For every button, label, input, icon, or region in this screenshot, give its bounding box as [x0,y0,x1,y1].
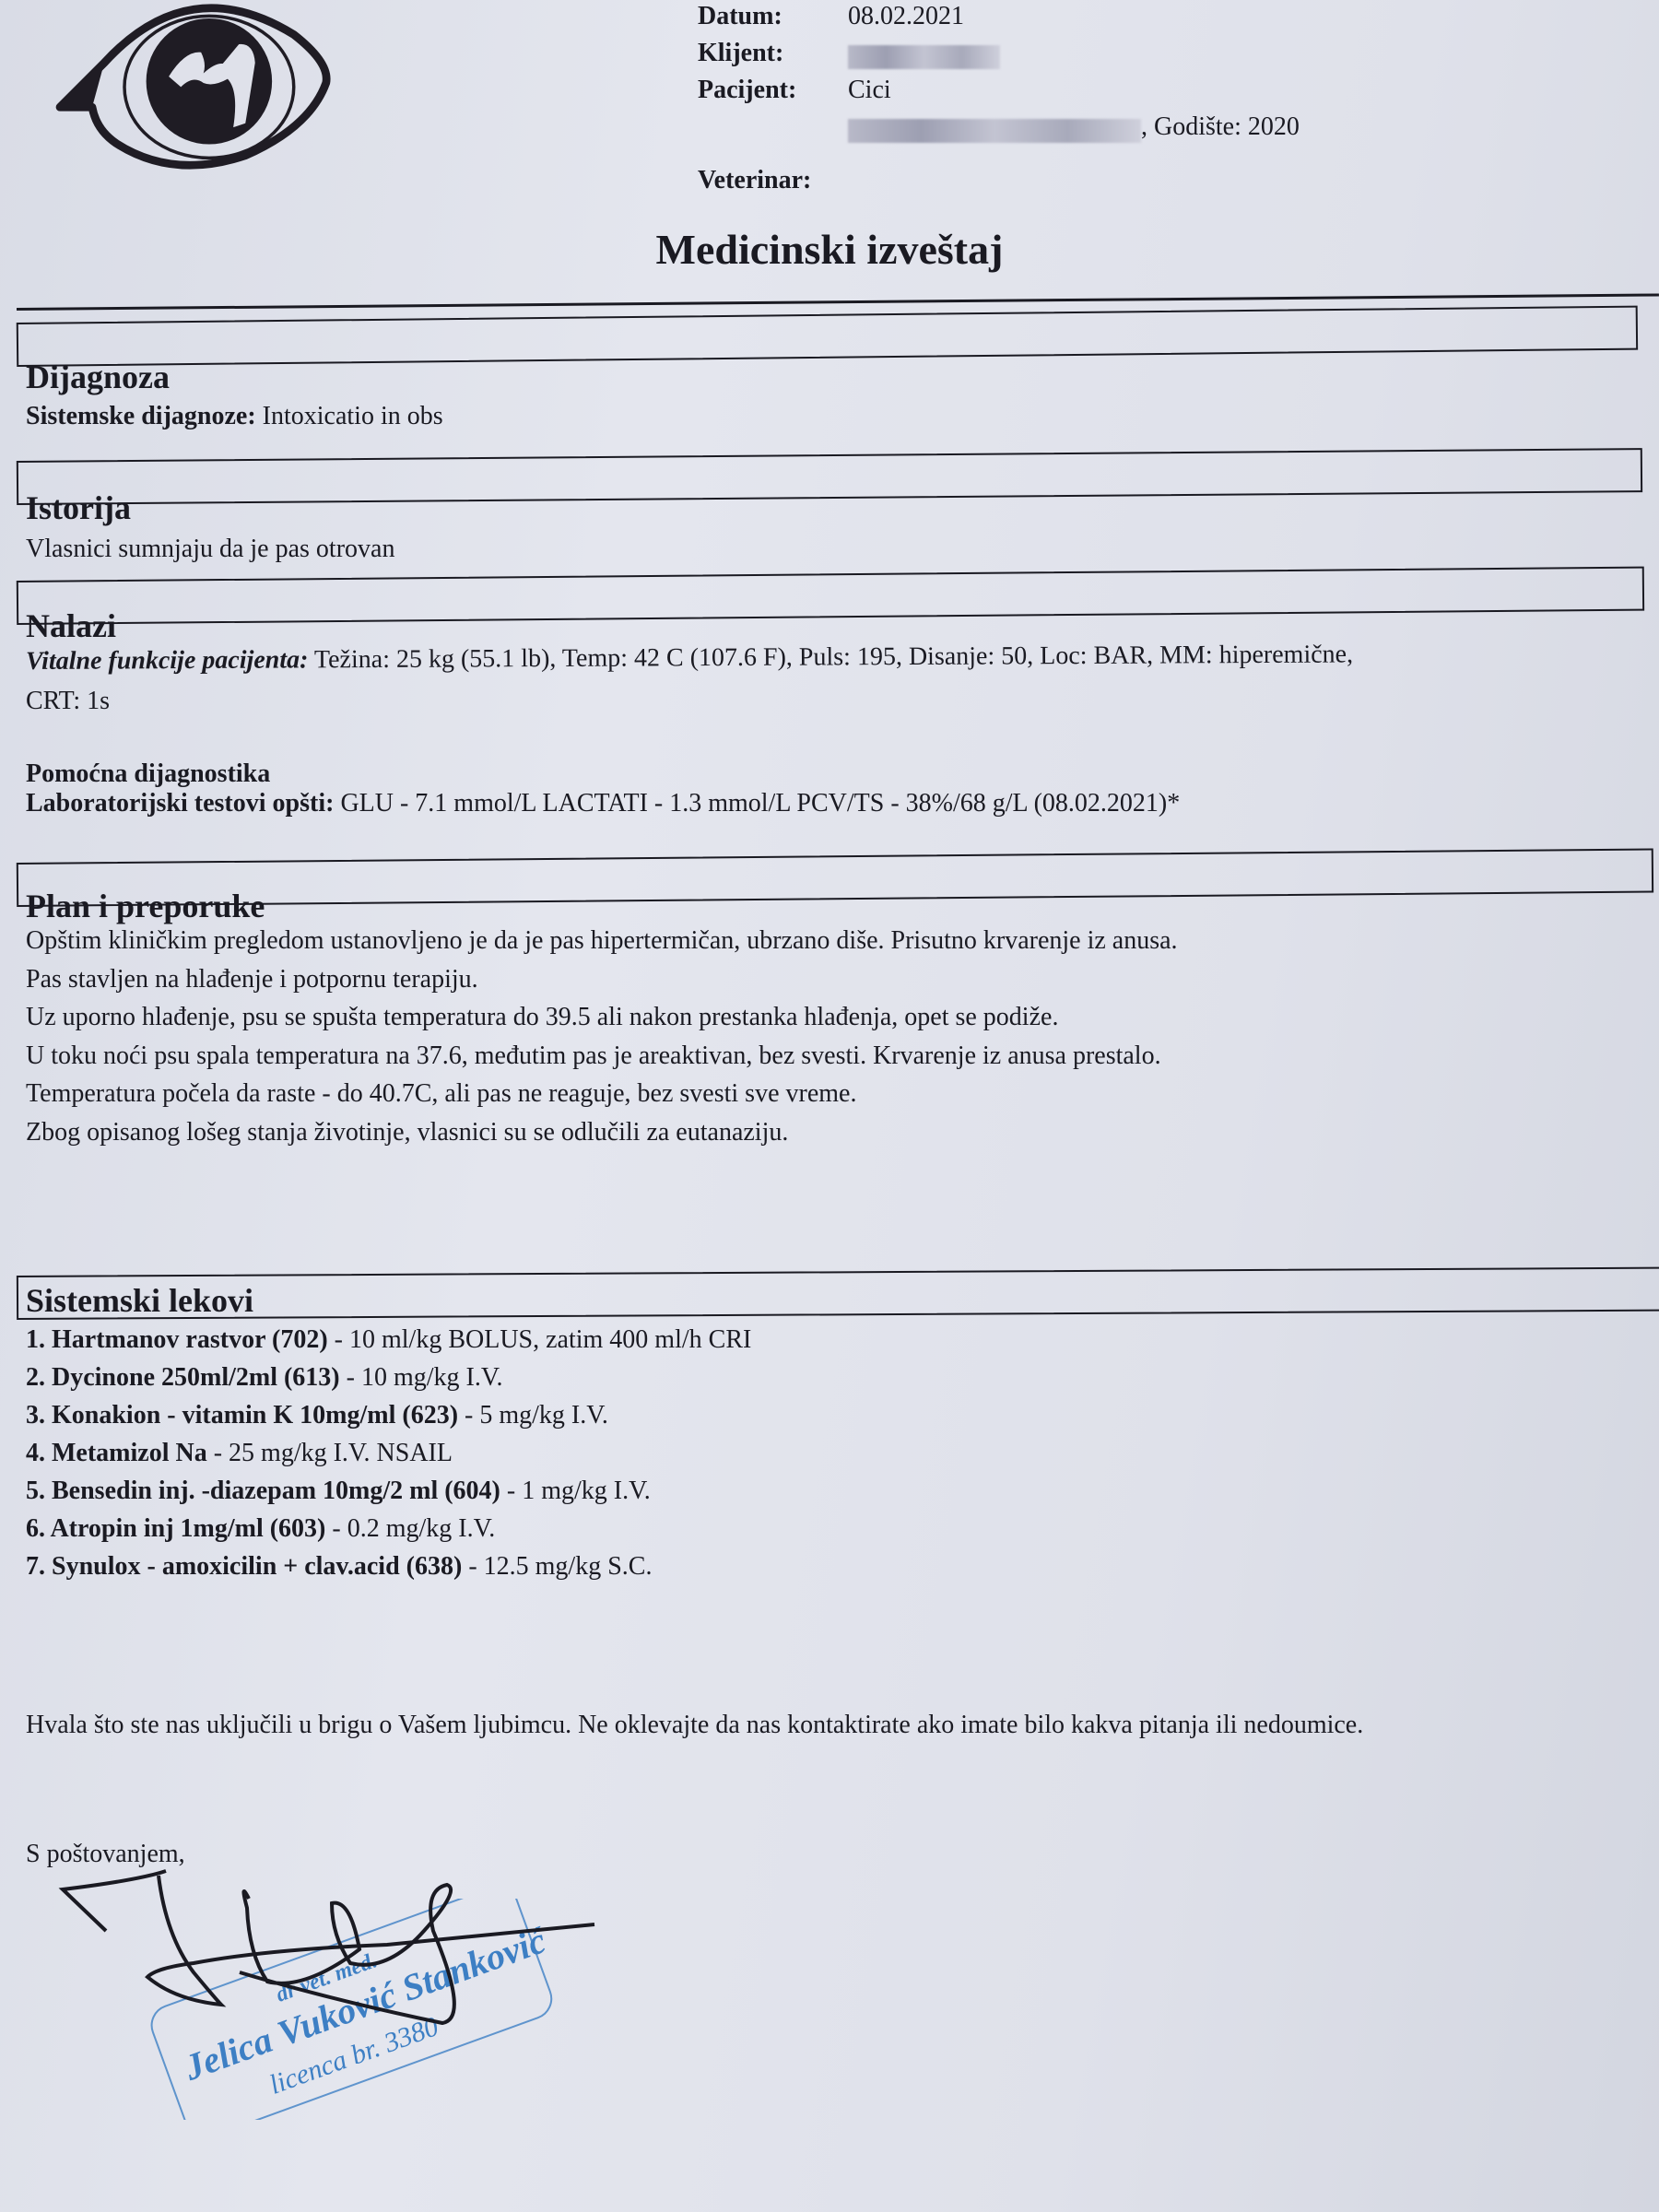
lab-label: Laboratorijski testovi opšti: [26,789,334,818]
patient-row: Pacijent:Cici [698,74,1300,111]
plan-line: Opštim kliničkim pregledom ustanovljeno … [26,922,1178,960]
closing-text: Hvala što ste nas uključili u brigu o Va… [26,1711,1363,1740]
client-label: Klijent: [698,37,848,70]
aux-diagnostics-title: Pomoćna dijagnostika [26,759,270,789]
history-text: Vlasnici sumnjaju da je pas otrovan [26,535,394,564]
plan-line: Temperatura počela da raste - do 40.7C, … [26,1075,1178,1113]
medication-item: 2. Dycinone 250ml/2ml (613) - 10 mg/kg I… [26,1359,751,1396]
patient-birth-year: , Godište: 2020 [1141,112,1300,141]
lab-line: Laboratorijski testovi opšti: GLU - 7.1 … [26,789,1180,818]
plan-line: Pas stavljen na hlađenje i potpornu tera… [26,960,1178,999]
diagnosis-value: Intoxicatio in obs [256,402,443,430]
medication-item: 6. Atropin inj 1mg/ml (603) - 0.2 mg/kg … [26,1510,751,1547]
signature [55,1862,608,2083]
plan-line: Uz uporno hlađenje, psu se spušta temper… [26,998,1178,1037]
medication-item: 3. Konakion - vitamin K 10mg/ml (623) - … [26,1396,751,1434]
diagnosis-line: Sistemske dijagnoze: Intoxicatio in obs [26,402,443,431]
vitals-value: Težina: 25 kg (55.1 lb), Temp: 42 C (107… [308,640,1353,674]
plan-text: Opštim kliničkim pregledom ustanovljeno … [26,922,1178,1151]
date-value: 08.02.2021 [848,2,964,30]
plan-title: Plan i preporuke [26,887,265,925]
history-title: Istorija [26,488,131,527]
lab-value: GLU - 7.1 mmol/L LACTATI - 1.3 mmol/L PC… [334,789,1180,818]
medications-title: Sistemski lekovi [26,1281,253,1320]
patient-extra-row: , Godište: 2020 [698,111,1300,147]
plan-line: U toku noći psu spala temperatura na 37.… [26,1037,1178,1076]
veterinarian-label: Veterinar: [698,166,811,194]
medication-item: 5. Bensedin inj. -diazepam 10mg/2 ml (60… [26,1472,751,1510]
vitals-line-2: CRT: 1s [26,687,110,716]
diagnosis-box [17,306,1638,367]
medication-item: 4. Metamizol Na - 25 mg/kg I.V. NSAIL [26,1434,751,1472]
clinic-logo-icon [28,0,350,184]
findings-box [17,567,1644,625]
veterinarian-row: Veterinar: [698,164,1300,201]
header-info: Datum:08.02.2021 Klijent: Pacijent:Cici … [698,0,1300,201]
medication-item: 7. Synulox - amoxicilin + clav.acid (638… [26,1547,751,1585]
medications-box [17,1267,1659,1320]
vitals-label: Vitalne funkcije pacijenta: [26,645,309,676]
date-label: Datum: [698,0,848,33]
date-row: Datum:08.02.2021 [698,0,1300,37]
plan-line: Zbog opisanog lošeg stanja životinje, vl… [26,1113,1178,1152]
medications-list: 1. Hartmanov rastvor (702) - 10 ml/kg BO… [26,1321,751,1585]
diagnosis-title: Dijagnoza [26,358,170,396]
history-box [17,448,1642,505]
patient-value: Cici [848,76,891,104]
page-title: Medicinski izveštaj [0,225,1659,274]
findings-title: Nalazi [26,606,116,645]
patient-label: Pacijent: [698,74,848,107]
client-value-redacted [848,45,1000,69]
medication-item: 1. Hartmanov rastvor (702) - 10 ml/kg BO… [26,1321,751,1359]
patient-breed-redacted [848,119,1141,143]
client-row: Klijent: [698,37,1300,74]
diagnosis-label: Sistemske dijagnoze: [26,402,256,430]
vitals-line: Vitalne funkcije pacijenta: Težina: 25 k… [26,640,1353,677]
